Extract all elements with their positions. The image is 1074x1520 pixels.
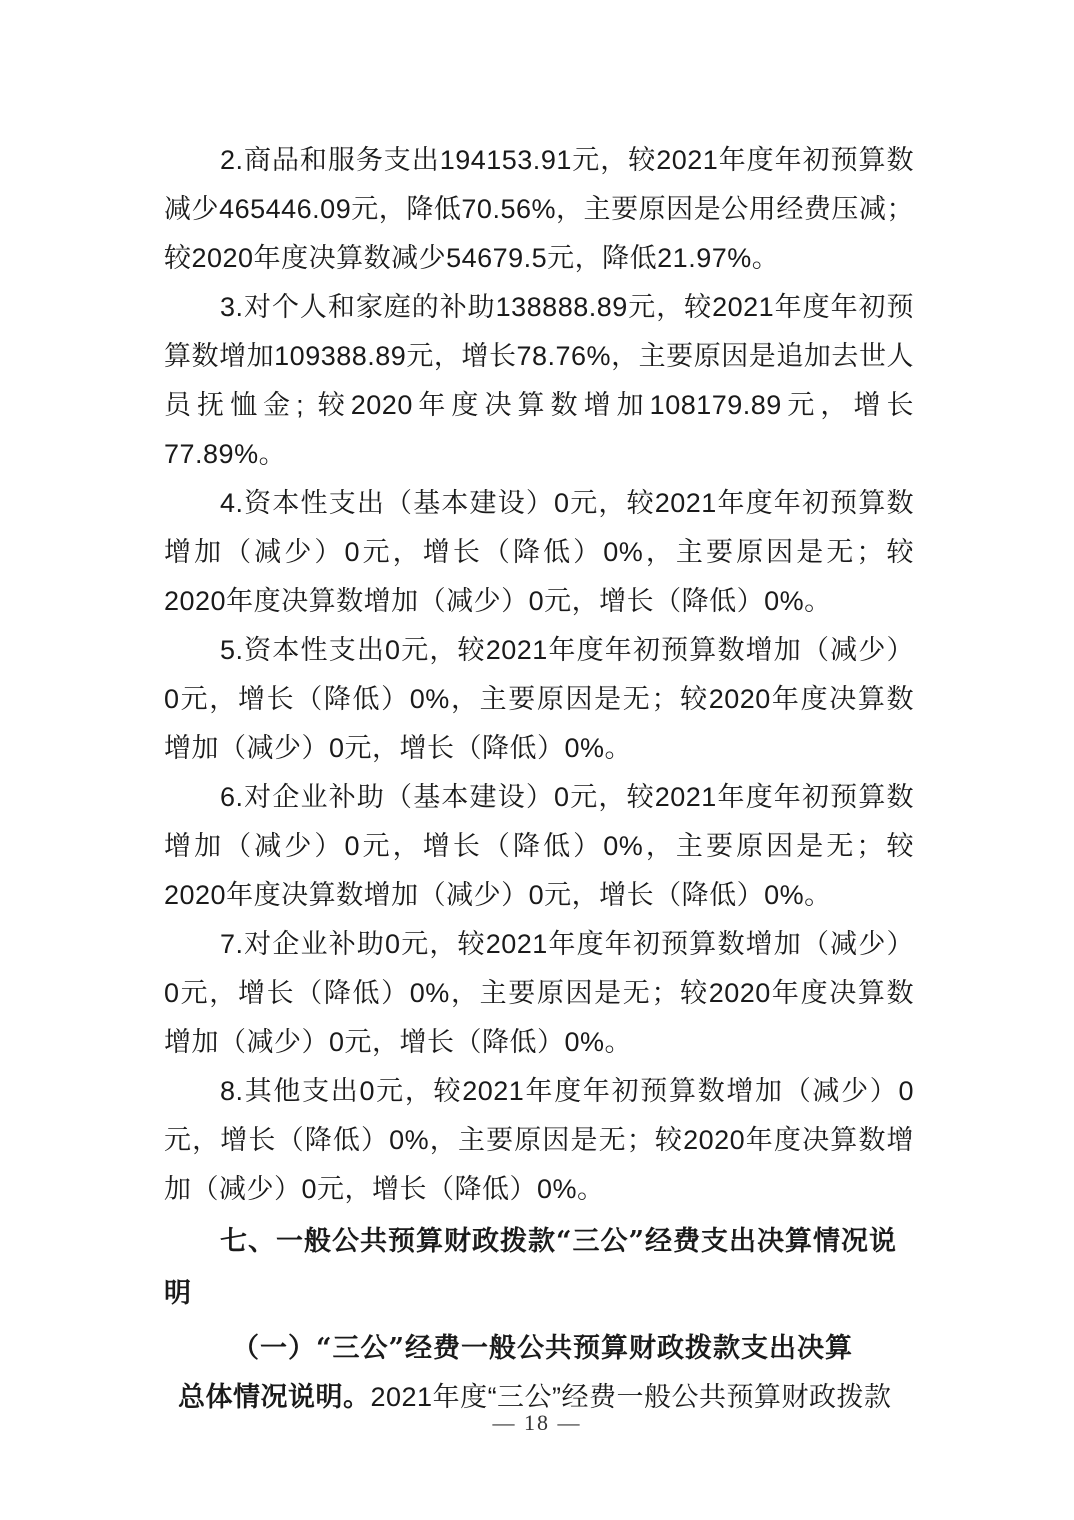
paragraph-capital-expense: 5.资本性支出0元，较2021年度年初预算数增加（减少）0元，增长（降低）0%，… [164, 626, 914, 773]
paragraph-other-expense: 8.其他支出0元，较2021年度年初预算数增加（减少）0元，增长（降低）0%，主… [164, 1067, 914, 1214]
subsection-lead-text: 2021年度“三公”经费一般公共预算财政拨款 [371, 1382, 892, 1412]
subsection-lead-bold: 总体情况说明。 [178, 1382, 371, 1413]
paragraph-goods-services-expense: 2.商品和服务支出194153.91元，较2021年度年初预算数减少465446… [164, 136, 914, 283]
page-number: — 18 — [0, 1410, 1074, 1436]
document-page: 2.商品和服务支出194153.91元，较2021年度年初预算数减少465446… [164, 136, 914, 1421]
subsection-heading: （一）“三公”经费一般公共预算财政拨款支出决算 [164, 1324, 914, 1374]
paragraph-capital-expense-infrastructure: 4.资本性支出（基本建设）0元，较2021年度年初预算数增加（减少）0元，增长（… [164, 479, 914, 626]
section-heading: 七、一般公共预算财政拨款“三公”经费支出决算情况说明 [164, 1216, 914, 1320]
paragraph-enterprise-subsidy-infrastructure: 6.对企业补助（基本建设）0元，较2021年度年初预算数增加（减少）0元，增长（… [164, 773, 914, 920]
paragraph-enterprise-subsidy: 7.对企业补助0元，较2021年度年初预算数增加（减少）0元，增长（降低）0%，… [164, 920, 914, 1067]
paragraph-personal-family-subsidy: 3.对个人和家庭的补助138888.89元，较2021年度年初预算数增加1093… [164, 283, 914, 479]
